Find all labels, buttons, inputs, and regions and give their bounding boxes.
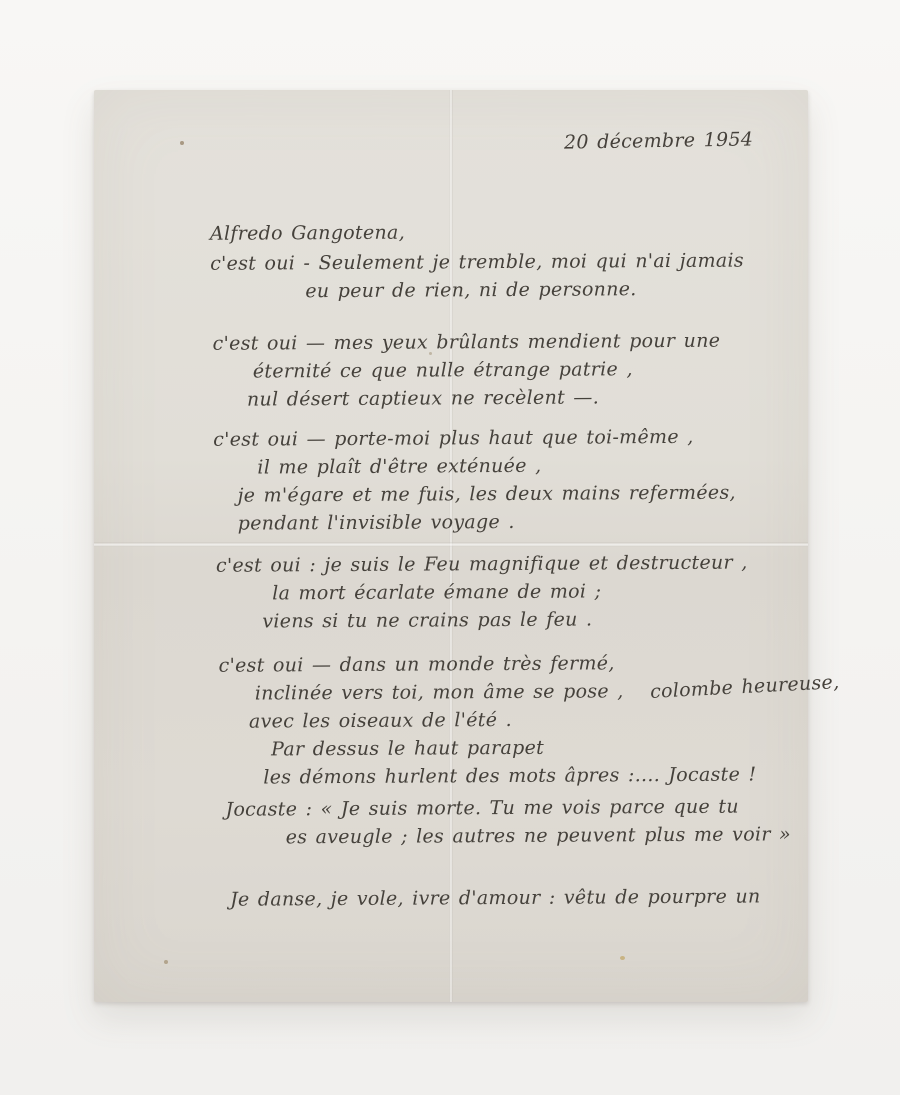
- letter-line: les démons hurlent des mots âpres :.... …: [213, 760, 799, 792]
- letter-line: il me plaît d'être exténuée ,: [211, 450, 797, 482]
- letter-line: c'est oui - Seulement je tremble, moi qu…: [210, 246, 796, 278]
- letter-line: éternité ce que nulle étrange patrie ,: [211, 354, 797, 386]
- letter-line: c'est oui — mes yeux brûlants mendient p…: [211, 326, 797, 358]
- stanza: Je danse, je vole, ivre d'amour : vêtu d…: [214, 882, 800, 914]
- photo-background: 20 décembre 1954 Alfredo Gangotena, c'es…: [0, 0, 900, 1095]
- paper-speck: [620, 956, 625, 960]
- letter-body: Alfredo Gangotena, c'est oui - Seulement…: [210, 216, 800, 914]
- letter-line: avec les oiseaux de l'été .: [213, 704, 799, 736]
- letter-line: eu peur de rien, ni de personne.: [210, 274, 796, 306]
- letter-line: nul désert captieux ne recèlent —.: [211, 382, 797, 414]
- letter-line: c'est oui : je suis le Feu magnifique et…: [212, 548, 798, 580]
- letter-line: pendant l'invisible voyage .: [212, 506, 798, 538]
- letter-paper: 20 décembre 1954 Alfredo Gangotena, c'es…: [94, 90, 808, 1002]
- letter-line: la mort écarlate émane de moi ;: [212, 576, 798, 608]
- letter-line: es aveugle ; les autres ne peuvent plus …: [214, 820, 800, 852]
- stanza: c'est oui — dans un monde très fermé,inc…: [213, 648, 800, 792]
- letter-salutation: Alfredo Gangotena,: [210, 216, 796, 248]
- stanza: Jocaste : « Je suis morte. Tu me vois pa…: [213, 792, 799, 852]
- paper-speck: [164, 960, 168, 964]
- stanza: c'est oui — mes yeux brûlants mendient p…: [211, 326, 798, 414]
- letter-line: Je danse, je vole, ivre d'amour : vêtu d…: [214, 882, 800, 914]
- letter-line: Jocaste : « Je suis morte. Tu me vois pa…: [213, 792, 799, 824]
- letter-line: viens si tu ne crains pas le feu .: [212, 604, 798, 636]
- letter-line: c'est oui — porte-moi plus haut que toi-…: [211, 422, 797, 454]
- letter-line: c'est oui — dans un monde très fermé,: [213, 648, 799, 680]
- stanza: c'est oui — porte-moi plus haut que toi-…: [211, 422, 798, 538]
- letter-line: Par dessus le haut parapet: [213, 732, 799, 764]
- stanza: c'est oui - Seulement je tremble, moi qu…: [210, 246, 796, 306]
- letter-date: 20 décembre 1954: [564, 128, 754, 153]
- paper-speck: [180, 141, 184, 145]
- letter-line: je m'égare et me fuis, les deux mains re…: [211, 478, 797, 510]
- stanza: c'est oui : je suis le Feu magnifique et…: [212, 548, 799, 636]
